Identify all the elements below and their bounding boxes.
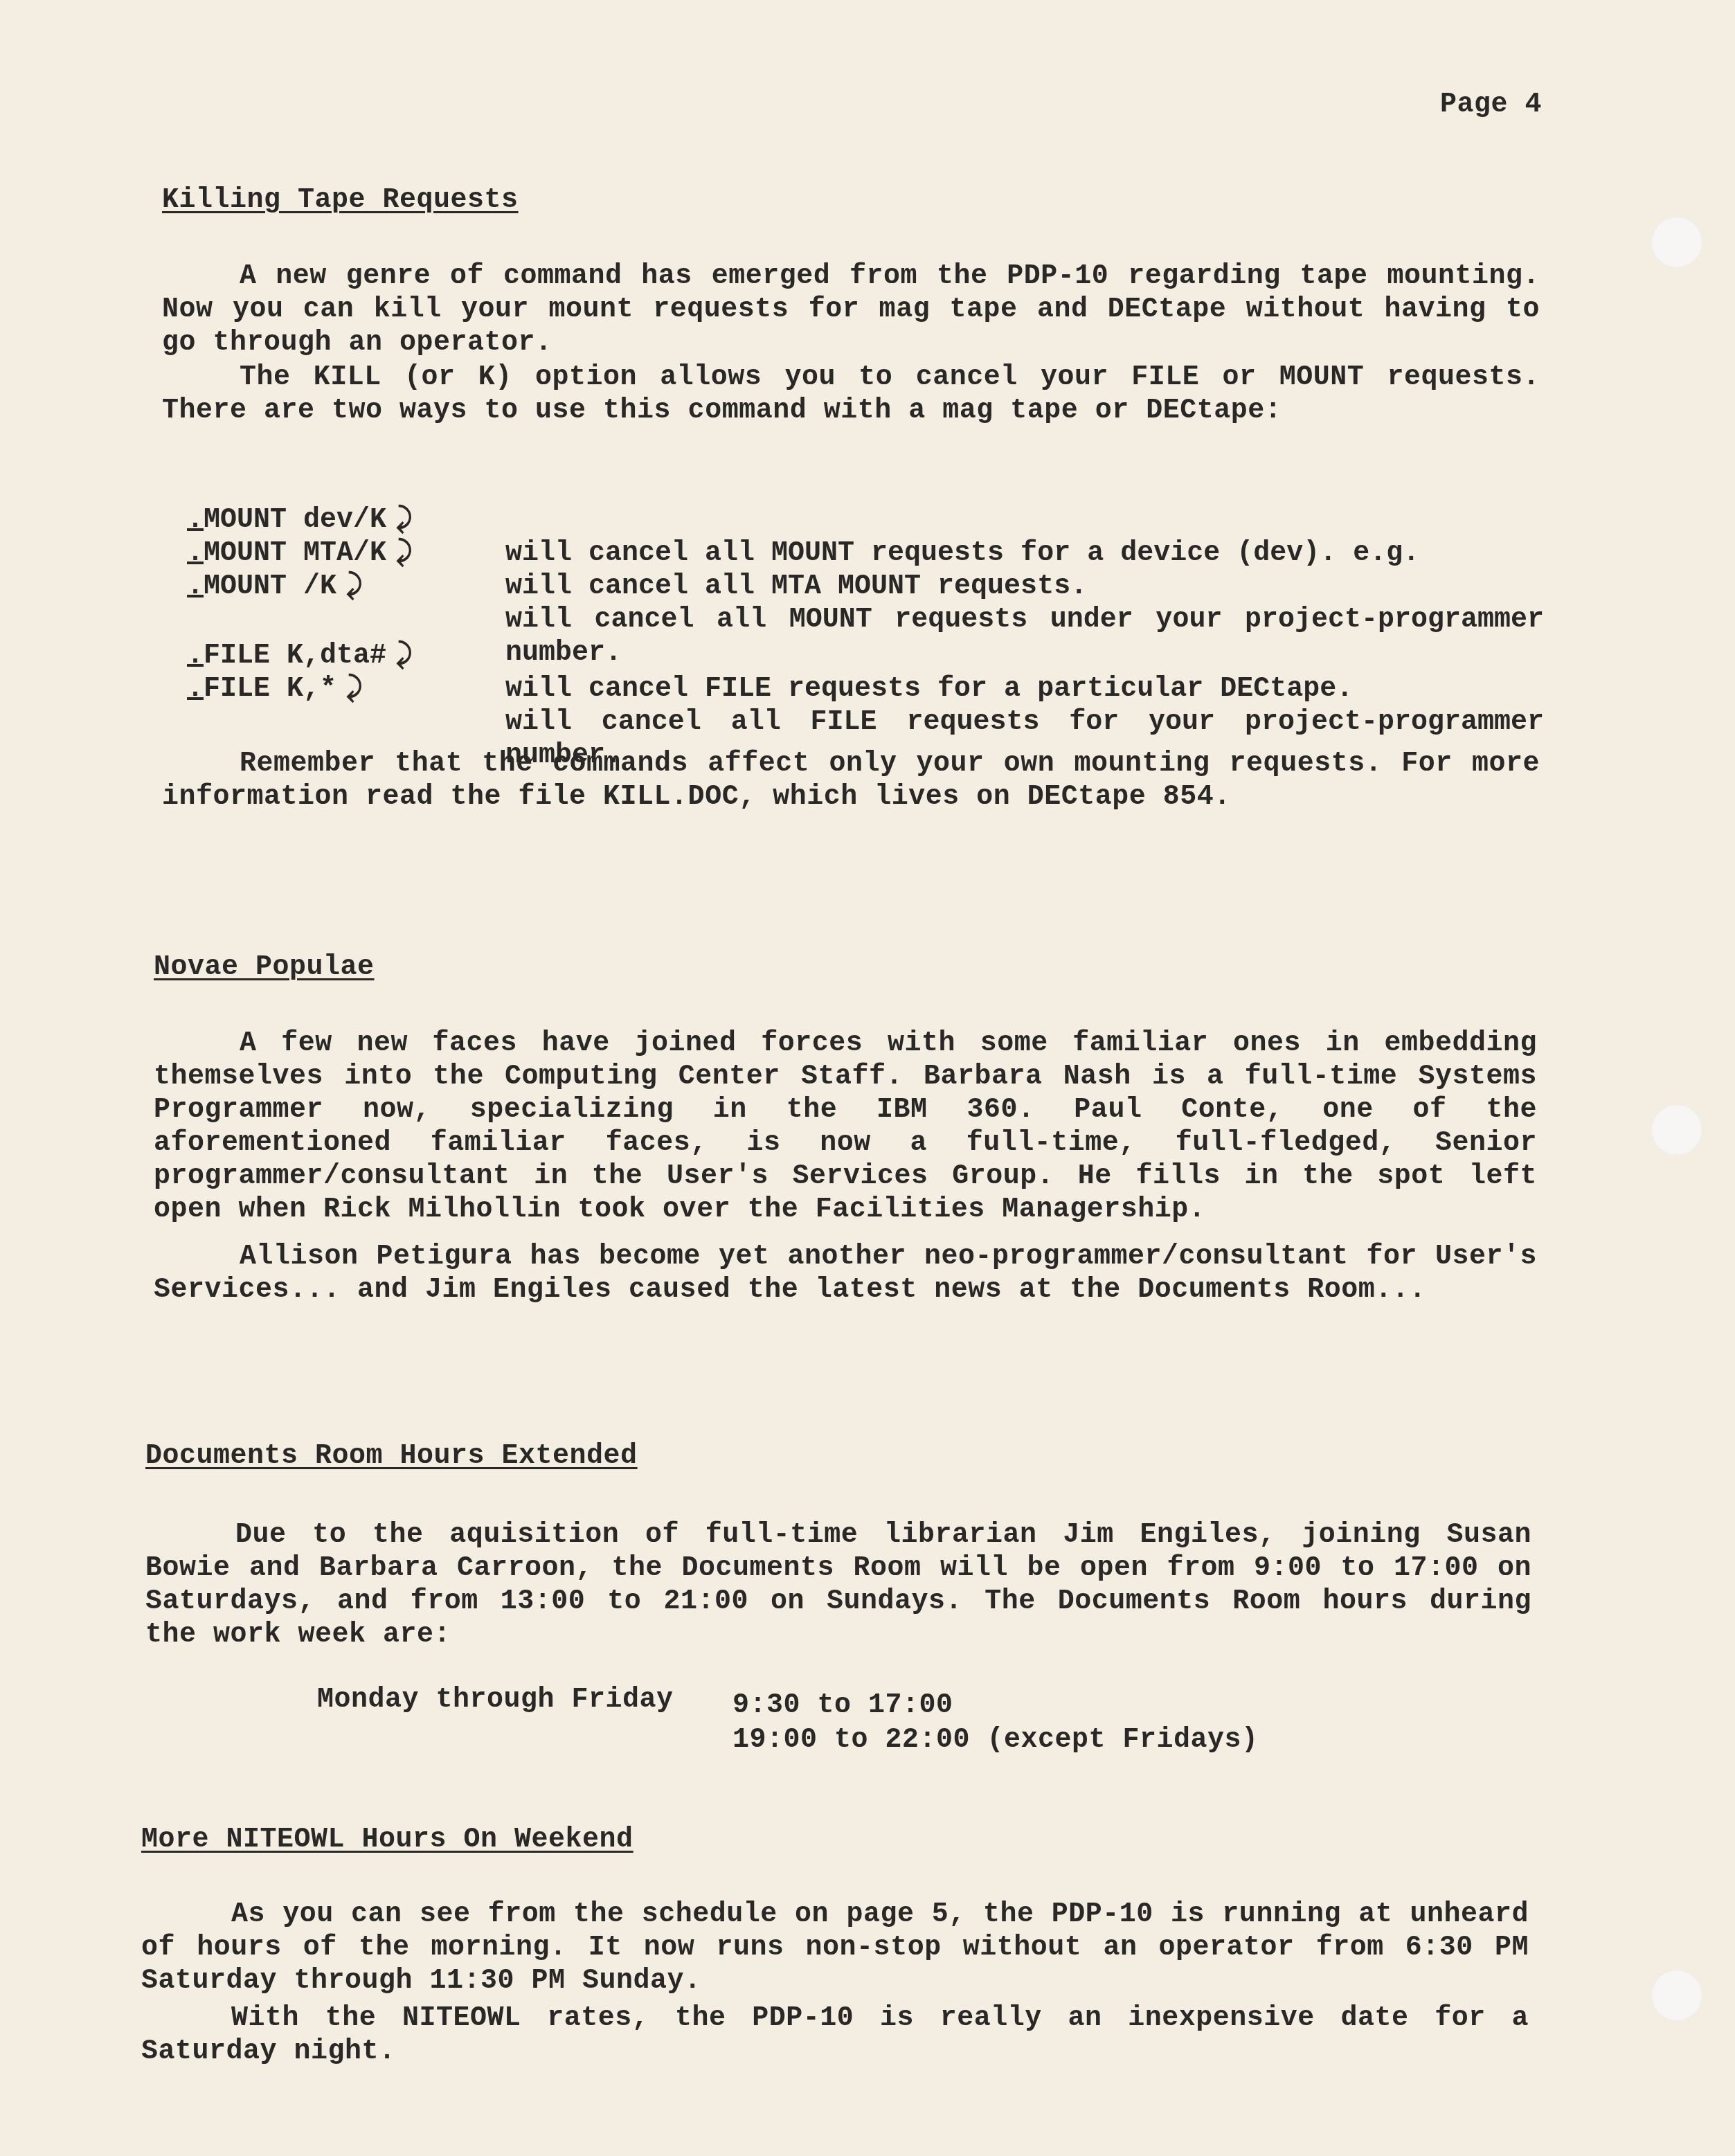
killing-paragraph-1-text: A new genre of command has emerged from … bbox=[162, 261, 1540, 359]
novae-paragraph-1: A few new faces have joined forces with … bbox=[154, 1027, 1537, 1227]
novae-paragraph-2-text: Allison Petigura has become yet another … bbox=[154, 1241, 1537, 1306]
command-description: will cancel all MOUNT requests for a dev… bbox=[505, 537, 1544, 571]
command-description: will cancel FILE requests for a particul… bbox=[505, 673, 1544, 706]
killing-paragraph-2-text: The KILL (or K) option allows you to can… bbox=[162, 362, 1540, 426]
novae-paragraph-1-text: A few new faces have joined forces with … bbox=[154, 1028, 1537, 1225]
schedule-time-2: 19:00 to 22:00 (except Fridays) bbox=[732, 1724, 1259, 1757]
section-heading-documents: Documents Room Hours Extended bbox=[145, 1440, 638, 1473]
niteowl-paragraph-2: With the NITEOWL rates, the PDP-10 is re… bbox=[141, 2002, 1529, 2069]
niteowl-paragraph-2-text: With the NITEOWL rates, the PDP-10 is re… bbox=[141, 2003, 1529, 2067]
killing-paragraph-3: Remember that the commands affect only y… bbox=[162, 748, 1540, 814]
command-text: .FILE K,*⤸ bbox=[187, 673, 363, 706]
hole-punch-bottom bbox=[1651, 1970, 1702, 2021]
page-number: Page 4 bbox=[1440, 89, 1542, 122]
return-key-icon: ⤸ bbox=[396, 640, 413, 673]
section-heading-novae: Novae Populae bbox=[154, 951, 375, 985]
command-description: will cancel all MOUNT requests under you… bbox=[505, 604, 1544, 670]
killing-paragraph-3-text: Remember that the commands affect only y… bbox=[162, 748, 1540, 813]
killing-paragraph-2: The KILL (or K) option allows you to can… bbox=[162, 361, 1540, 428]
return-key-icon: ⤸ bbox=[346, 673, 363, 706]
hole-punch-top bbox=[1651, 217, 1702, 268]
schedule-days: Monday through Friday bbox=[317, 1684, 674, 1717]
return-key-icon: ⤸ bbox=[396, 504, 413, 537]
documents-paragraph-1-text: Due to the aquisition of full-time libra… bbox=[145, 1520, 1531, 1651]
return-key-icon: ⤸ bbox=[346, 571, 363, 604]
killing-paragraph-1: A new genre of command has emerged from … bbox=[162, 260, 1540, 360]
document-page: Page 4 Killing Tape Requests A new genre… bbox=[0, 0, 1735, 2156]
novae-paragraph-2: Allison Petigura has become yet another … bbox=[154, 1241, 1537, 1307]
command-description: will cancel all MTA MOUNT requests. bbox=[505, 571, 1544, 604]
hole-punch-middle bbox=[1651, 1104, 1702, 1156]
return-key-icon: ⤸ bbox=[396, 537, 413, 571]
section-heading-niteowl: More NITEOWL Hours On Weekend bbox=[141, 1824, 633, 1857]
section-heading-killing: Killing Tape Requests bbox=[162, 184, 519, 217]
documents-paragraph-1: Due to the aquisition of full-time libra… bbox=[145, 1519, 1531, 1652]
niteowl-paragraph-1-text: As you can see from the schedule on page… bbox=[141, 1899, 1529, 1997]
schedule-time-1: 9:30 to 17:00 bbox=[732, 1689, 953, 1723]
niteowl-paragraph-1: As you can see from the schedule on page… bbox=[141, 1898, 1529, 1998]
command-text: .MOUNT /K⤸ bbox=[187, 571, 363, 604]
